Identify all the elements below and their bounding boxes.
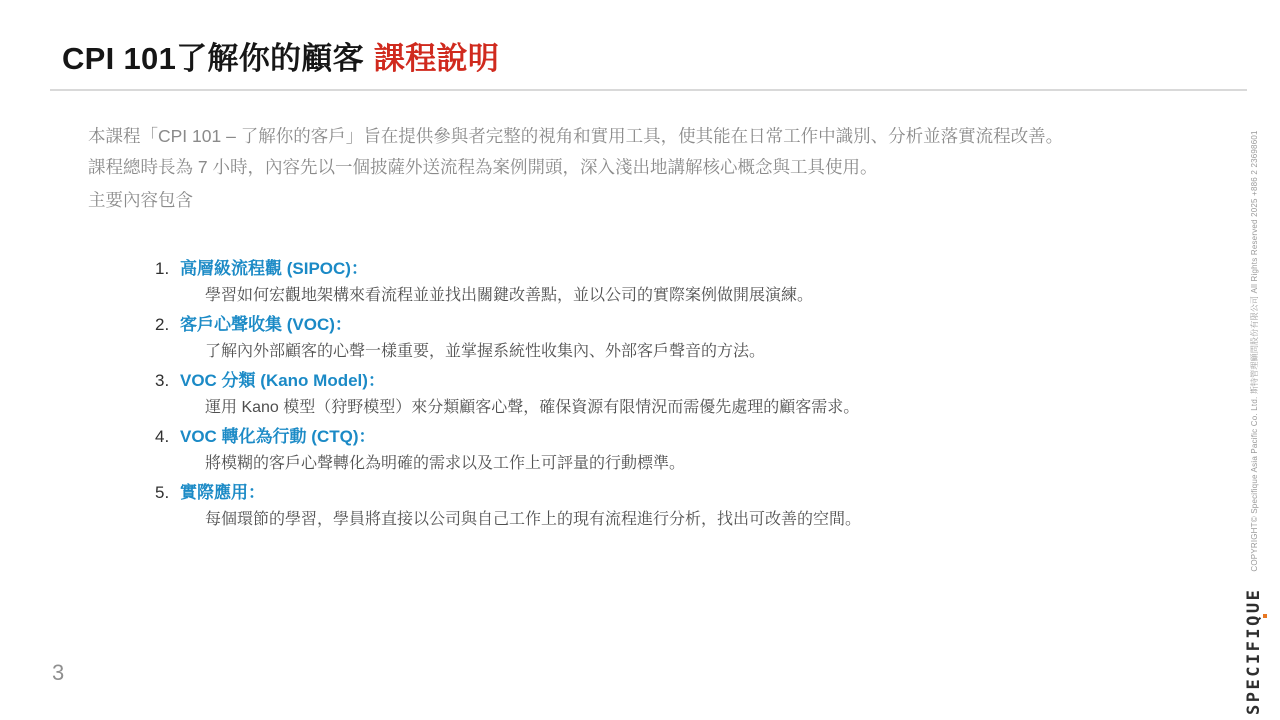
list-item: 2.客戶心聲收集 (VOC)： 了解內外部顧客的心聲一樣重要，並掌握系統性收集內… xyxy=(155,315,1135,364)
list-item-heading: VOC 轉化為行動 (CTQ)： xyxy=(180,427,376,446)
brand-logo-q: Q xyxy=(1244,613,1264,626)
list-item: 5.實際應用： 每個環節的學習，學員將直接以公司與自己工作上的現有流程進行分析，… xyxy=(155,483,1135,532)
vertical-footer: SPECIFIQUE COPYRIGHT© Specifique Asia Pa… xyxy=(1244,130,1264,715)
list-item: 1.高層級流程觀 (SIPOC)： 學習如何宏觀地架構來看流程並並找出關鍵改善點… xyxy=(155,259,1135,308)
list-item-number: 5. xyxy=(155,483,180,503)
page-number: 3 xyxy=(52,660,64,686)
title-divider xyxy=(50,89,1247,91)
list-item: 3.VOC 分類 (Kano Model)： 運用 Kano 模型（狩野模型）來… xyxy=(155,371,1135,420)
list-item-description: 將模糊的客戶心聲轉化為明確的需求以及工作上可評量的行動標準。 xyxy=(205,454,1135,474)
brand-logo-text-end: UE xyxy=(1244,588,1264,613)
list-item: 4.VOC 轉化為行動 (CTQ)： 將模糊的客戶心聲轉化為明確的需求以及工作上… xyxy=(155,427,1135,476)
page-title-main: CPI 101了解你的顧客 xyxy=(62,41,364,76)
list-item-heading: 高層級流程觀 (SIPOC)： xyxy=(180,259,368,278)
page-title-accent: 課程說明 xyxy=(374,41,499,76)
copyright-text: COPYRIGHT© Specifique Asia Pacific Co. L… xyxy=(1249,130,1260,571)
list-intro: 主要內容包含 xyxy=(88,187,193,212)
list-item-number: 3. xyxy=(155,371,180,391)
list-item-heading: VOC 分類 (Kano Model)： xyxy=(180,371,385,390)
list-item-heading: 客戶心聲收集 (VOC)： xyxy=(180,315,352,334)
list-item-description: 學習如何宏觀地架構來看流程並並找出關鍵改善點，並以公司的實際案例做開展演練。 xyxy=(205,286,1135,306)
list-item-number: 2. xyxy=(155,315,180,335)
list-item-description: 運用 Kano 模型（狩野模型）來分類顧客心聲，確保資源有限情況而需優先處理的顧… xyxy=(205,398,1135,418)
course-intro: 本課程「CPI 101 – 了解你的客戶」旨在提供參與者完整的視角和實用工具，使… xyxy=(88,121,1208,183)
brand-logo: SPECIFIQUE xyxy=(1244,588,1264,715)
page-title: CPI 101了解你的顧客課程說明 xyxy=(62,33,499,78)
intro-line-1: 本課程「CPI 101 – 了解你的客戶」旨在提供參與者完整的視角和實用工具，使… xyxy=(88,121,1208,152)
brand-logo-text: SPECIFI xyxy=(1244,626,1264,715)
list-item-description: 每個環節的學習，學員將直接以公司與自己工作上的現有流程進行分析，找出可改善的空間… xyxy=(205,510,1135,530)
list-item-number: 1. xyxy=(155,259,180,279)
intro-line-2: 課程總時長為 7 小時，內容先以一個披薩外送流程為案例開頭，深入淺出地講解核心概… xyxy=(88,152,1208,183)
list-item-number: 4. xyxy=(155,427,180,447)
course-topics-list: 1.高層級流程觀 (SIPOC)： 學習如何宏觀地架構來看流程並並找出關鍵改善點… xyxy=(155,259,1135,539)
list-item-description: 了解內外部顧客的心聲一樣重要，並掌握系統性收集內、外部客戶聲音的方法。 xyxy=(205,342,1135,362)
list-item-heading: 實際應用： xyxy=(180,483,265,502)
